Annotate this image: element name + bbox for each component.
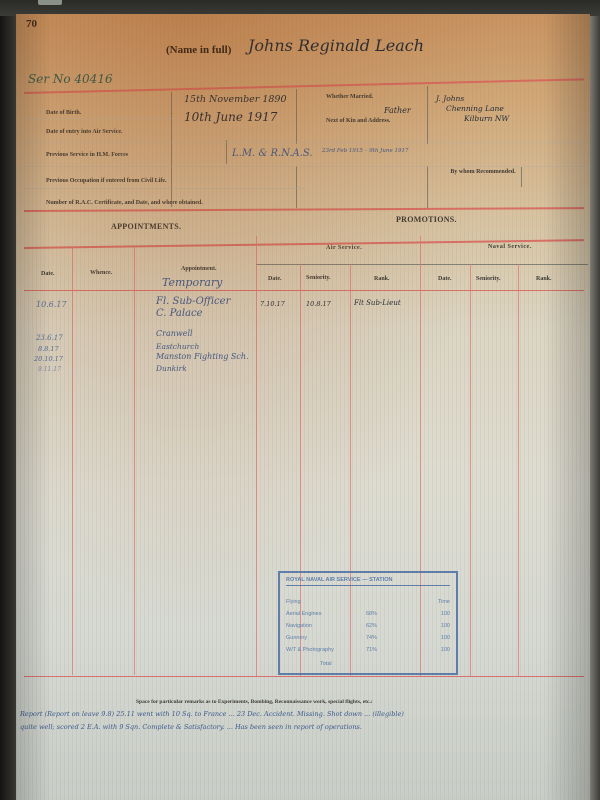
book-spine-edge <box>0 16 16 800</box>
previous-occupation-label: Previous Occupation if entered from Civi… <box>46 178 167 184</box>
naval-service-title: Naval Service. <box>488 244 532 250</box>
col-rule <box>470 264 471 676</box>
col-header-appointment: Appointment. <box>181 266 217 272</box>
col-rule <box>72 247 73 675</box>
stamp-line: Navigation62%100 <box>286 623 450 629</box>
dob-label: Date of Birth. <box>46 110 81 116</box>
appointment-date: 8.8.17 <box>38 345 59 353</box>
stamp-line: FlyingTime <box>286 599 450 605</box>
remarks-line-2: quite well; scored 2 E.A. with 9 Sqn. Co… <box>20 723 590 731</box>
col-divider <box>171 92 172 207</box>
appointment-entry: Cranwell <box>156 329 193 338</box>
previous-service-value: L.M. & R.N.A.S. <box>232 148 313 159</box>
col-header-naval-rank: Rank. <box>536 276 552 282</box>
stamp-line: W/T & Photography71%100 <box>286 647 450 653</box>
col-header-air-seniority: Seniority. <box>306 275 331 281</box>
promotion-rank: Flt Sub-Lieut <box>354 299 401 307</box>
col-rule <box>256 236 257 676</box>
whether-married-label: Whether Married. <box>326 94 373 100</box>
col-divider <box>427 166 428 208</box>
next-of-kin-address-2: Chenning Lane <box>446 104 504 113</box>
col-divider <box>427 86 428 144</box>
service-record-page: 70 (Name in full) Johns Reginald Leach S… <box>16 14 590 800</box>
appointment-type: Temporary <box>162 276 222 289</box>
rnas-exam-stamp: ROYAL NAVAL AIR SERVICE — STATION Flying… <box>278 571 458 675</box>
row-rule <box>24 188 304 189</box>
promotions-title: PROMOTIONS. <box>396 215 457 224</box>
col-rule <box>134 247 135 675</box>
appointment-date: 23.6.17 <box>36 334 63 342</box>
row-rule <box>24 118 174 119</box>
col-header-naval-seniority: Seniority. <box>476 276 501 282</box>
promotions-subheader-rule <box>256 264 588 265</box>
col-rule <box>518 264 519 676</box>
entry-date-value: 10th June 1917 <box>184 110 277 124</box>
previous-service-label: Previous Service in H.M. Forces <box>46 152 128 158</box>
col-header-whence: Whence. <box>90 270 112 276</box>
stamp-title: ROYAL NAVAL AIR SERVICE — STATION <box>286 577 450 586</box>
promotion-date: 7.10.17 <box>260 300 285 308</box>
stamp-line: Gunnery74%100 <box>286 635 450 641</box>
col-divider <box>296 89 297 144</box>
entry-date-label: Date of entry into Air Service. <box>46 129 123 135</box>
col-header-air-date: Date. <box>268 276 282 282</box>
page-right-edge <box>590 16 600 800</box>
dob-value: 15th November 1890 <box>184 94 287 105</box>
appointment-entry: Fl. Sub-Officer <box>156 296 230 307</box>
appointment-entry: Eastchurch <box>156 342 199 351</box>
col-header-naval-date: Date. <box>438 276 452 282</box>
appointment-date: 10.6.17 <box>36 300 67 309</box>
row-rule <box>24 166 584 167</box>
appointment-entry: Manston Fighting Sch. <box>156 352 249 361</box>
col-divider <box>296 166 297 208</box>
next-of-kin-relation: Father <box>384 106 411 115</box>
next-of-kin-label: Next of Kin and Address. <box>326 118 390 124</box>
col-divider <box>226 140 227 164</box>
previous-service-dates: 23rd Feb 1915 – 9th June 1917 <box>322 148 408 154</box>
remarks-line-1: Report (Report on leave 9.8) 25.11 went … <box>20 710 590 718</box>
appointment-date: 20.10.17 <box>34 355 63 363</box>
col-divider <box>521 167 522 187</box>
next-of-kin-address-3: Kilburn NW <box>464 114 509 123</box>
appointment-entry: C. Palace <box>156 308 203 319</box>
appointment-entry: Dunkirk <box>156 364 187 373</box>
col-header-date: Date. <box>41 271 55 277</box>
recommended-by-label: By whom Recommended. <box>448 168 518 176</box>
section-rule <box>24 207 584 211</box>
remarks-top-rule <box>24 676 584 677</box>
stamp-line: Total <box>320 661 450 667</box>
header-bottom-rule <box>24 290 584 291</box>
air-service-title: Air Service. <box>326 245 362 251</box>
bezel-tab <box>38 0 62 5</box>
service-number: Ser No 40416 <box>28 72 113 86</box>
appointment-date: 9.11.17 <box>38 366 61 373</box>
stamp-line: Aerial Engines68%100 <box>286 611 450 617</box>
remarks-label: Space for particular remarks as to Exper… <box>136 699 373 705</box>
row-rule <box>24 142 584 143</box>
next-of-kin-address-1: J. Johns <box>436 94 464 103</box>
name-value: Johns Reginald Leach <box>248 36 424 55</box>
promotion-seniority: 10.8.17 <box>306 300 331 308</box>
appointments-title: APPOINTMENTS. <box>111 222 181 231</box>
name-label: (Name in full) <box>166 44 231 56</box>
col-header-air-rank: Rank. <box>374 276 390 282</box>
page-number: 70 <box>26 18 37 30</box>
rac-certificate-label: Number of R.A.C. Certificate, and Date, … <box>46 200 203 206</box>
